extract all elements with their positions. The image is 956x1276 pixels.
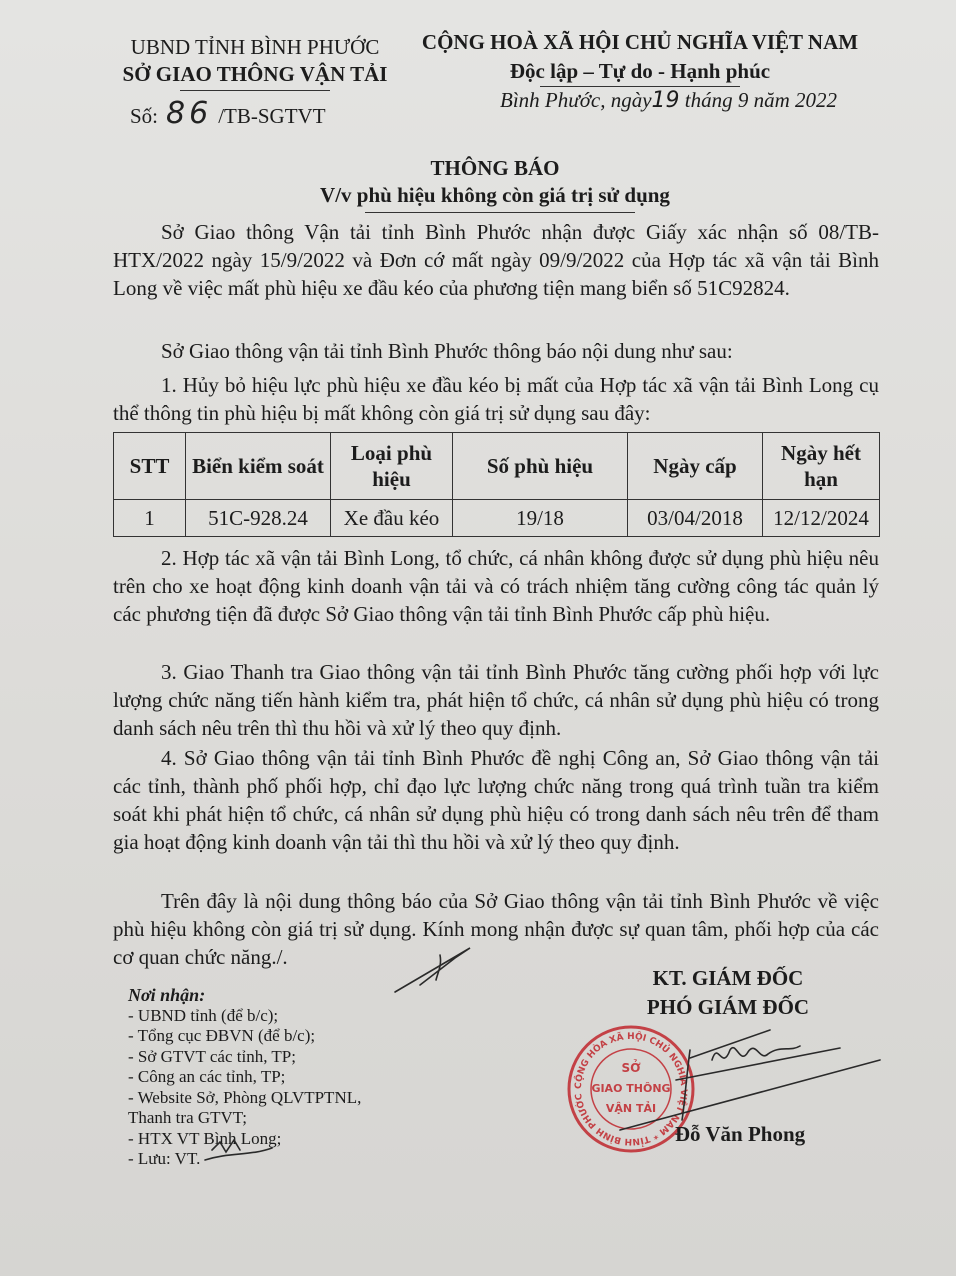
divider <box>365 212 635 213</box>
recipient-item: Thanh tra GTVT; <box>128 1108 361 1129</box>
nation-name: CỘNG HOÀ XÃ HỘI CHỦ NGHĨA VIỆT NAM <box>400 28 880 57</box>
doc-number-suffix: /TB-SGTVT <box>218 104 325 128</box>
col-header: Ngày hết hạn <box>763 433 880 500</box>
issuing-organization: SỞ GIAO THÔNG VẬN TẢI <box>100 61 410 88</box>
date-day-handwritten: 19 <box>652 88 680 113</box>
document-page: UBND TỈNH BÌNH PHƯỚC SỞ GIAO THÔNG VẬN T… <box>0 0 956 1276</box>
recipients-label: Nơi nhận: <box>128 985 361 1006</box>
paragraph-item-1: 1. Hủy bỏ hiệu lực phù hiệu xe đầu kéo b… <box>113 371 879 427</box>
paragraph-item-2: 2. Hợp tác xã vận tải Bình Long, tổ chức… <box>113 544 879 628</box>
table-row: 1 51C-928.24 Xe đầu kéo 19/18 03/04/2018… <box>114 500 880 537</box>
recipient-item: - Tổng cục ĐBVN (để b/c); <box>128 1026 361 1047</box>
body-announce: Sở Giao thông vận tải tỉnh Bình Phước th… <box>113 337 879 365</box>
col-header: STT <box>114 433 186 500</box>
body-item4: 4. Sở Giao thông vận tải tỉnh Bình Phước… <box>113 744 879 856</box>
signer-position: PHÓ GIÁM ĐỐC <box>600 993 856 1022</box>
table-header-row: STT Biển kiểm soát Loại phù hiệu Số phù … <box>114 433 880 500</box>
body-item3: 3. Giao Thanh tra Giao thông vận tải tỉn… <box>113 658 879 742</box>
body-item1: 1. Hủy bỏ hiệu lực phù hiệu xe đầu kéo b… <box>113 371 879 427</box>
svg-text:VẬN TẢI: VẬN TẢI <box>606 1101 656 1115</box>
doc-number-handwritten: 86 <box>166 96 212 131</box>
doc-number-label: Số: <box>130 104 158 128</box>
recipient-item: - UBND tỉnh (để b/c); <box>128 1006 361 1027</box>
body-closing: Trên đây là nội dung thông báo của Sở Gi… <box>113 887 879 971</box>
national-heading: CỘNG HOÀ XÃ HỘI CHỦ NGHĨA VIỆT NAM Độc l… <box>400 28 880 87</box>
place-date-prefix: Bình Phước, ngày <box>500 88 652 112</box>
cell-stt: 1 <box>114 500 186 537</box>
svg-text:SỞ: SỞ <box>621 1059 641 1075</box>
document-title: THÔNG BÁO <box>0 156 956 181</box>
paragraph-announce: Sở Giao thông vận tải tỉnh Bình Phước th… <box>113 337 879 365</box>
paragraph-item-4: 4. Sở Giao thông vận tải tỉnh Bình Phước… <box>113 744 879 856</box>
col-header: Ngày cấp <box>628 433 763 500</box>
col-header: Loại phù hiệu <box>331 433 453 500</box>
parent-organization: UBND TỈNH BÌNH PHƯỚC <box>100 34 410 61</box>
recipient-item: - Website Sở, Phòng QLVTPTNL, <box>128 1088 361 1109</box>
document-subject: V/v phù hiệu không còn giá trị sử dụng <box>0 183 956 208</box>
cell-badge-number: 19/18 <box>453 500 628 537</box>
divider <box>180 90 330 91</box>
signer-name: Đỗ Văn Phong <box>640 1122 840 1147</box>
cell-badge-type: Xe đầu kéo <box>331 500 453 537</box>
place-and-date: Bình Phước, ngày19 tháng 9 năm 2022 <box>500 88 837 113</box>
paragraph-item-3: 3. Giao Thanh tra Giao thông vận tải tỉn… <box>113 658 879 742</box>
paragraph-intro: Sở Giao thông Vận tải tỉnh Bình Phước nh… <box>113 218 879 302</box>
recipient-item: - Lưu: VT. <box>128 1149 361 1170</box>
document-number: Số:86/TB-SGTVT <box>130 96 326 131</box>
paragraph-closing: Trên đây là nội dung thông báo của Sở Gi… <box>113 887 879 971</box>
recipient-item: - HTX VT Bình Long; <box>128 1129 361 1150</box>
divider <box>540 86 740 87</box>
badge-table: STT Biển kiểm soát Loại phù hiệu Số phù … <box>113 432 880 537</box>
body-intro: Sở Giao thông Vận tải tỉnh Bình Phước nh… <box>113 218 879 302</box>
body-item2: 2. Hợp tác xã vận tải Bình Long, tổ chức… <box>113 544 879 628</box>
cell-expiry-date: 12/12/2024 <box>763 500 880 537</box>
issuing-agency-block: UBND TỈNH BÌNH PHƯỚC SỞ GIAO THÔNG VẬN T… <box>100 34 410 91</box>
national-motto: Độc lập – Tự do - Hạnh phúc <box>400 57 880 86</box>
on-behalf-label: KT. GIÁM ĐỐC <box>600 964 856 993</box>
col-header: Số phù hiệu <box>453 433 628 500</box>
cell-issue-date: 03/04/2018 <box>628 500 763 537</box>
recipient-item: - Công an các tỉnh, TP; <box>128 1067 361 1088</box>
cell-plate: 51C-928.24 <box>186 500 331 537</box>
recipients-block: Nơi nhận: - UBND tỉnh (để b/c); - Tổng c… <box>128 985 361 1170</box>
signature-title: KT. GIÁM ĐỐC PHÓ GIÁM ĐỐC <box>600 964 856 1022</box>
place-date-suffix: tháng 9 năm 2022 <box>680 88 838 112</box>
recipient-item: - Sở GTVT các tỉnh, TP; <box>128 1047 361 1068</box>
svg-text:GIAO THÔNG: GIAO THÔNG <box>591 1082 670 1095</box>
col-header: Biển kiểm soát <box>186 433 331 500</box>
